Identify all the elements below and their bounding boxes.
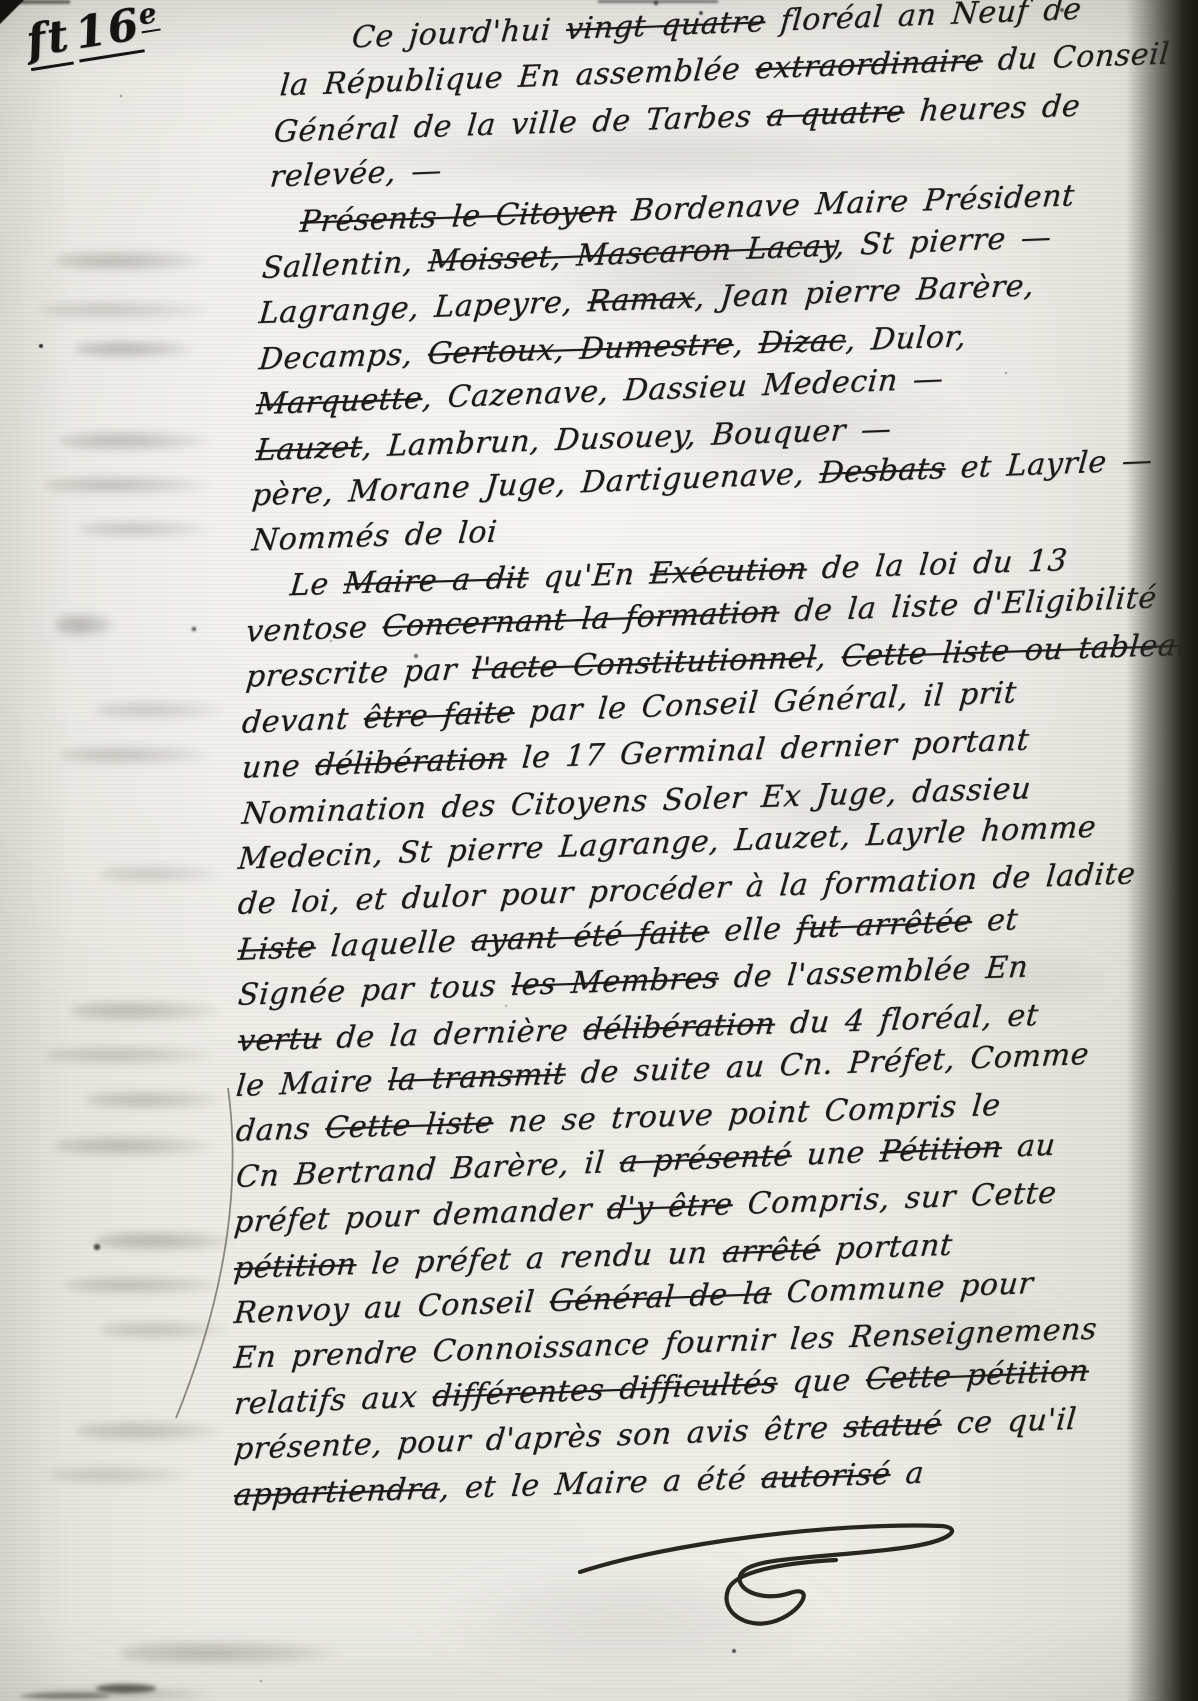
bleed-through-ghost [80,520,210,538]
scan-edge-mark [598,0,718,3]
text-segment: a [889,1455,926,1491]
struck-text: Lauzet [254,429,363,468]
text-segment: , [732,326,760,362]
text-segment: Renvoy au Conseil [233,1284,552,1331]
text-segment: Lagrange, Lapeyre, [257,285,589,332]
struck-text: pétition [232,1247,358,1286]
text-segment: une [240,748,316,786]
text-segment: , St pierre — [834,220,1053,264]
text-segment: Decamps, [257,336,429,377]
struck-text: Maire a dit [342,560,530,601]
text-segment: que [776,1362,867,1401]
text-segment: Commune pour [770,1266,1035,1311]
bleed-through-ghost [75,340,195,358]
text-segment: le Maire [235,1063,390,1104]
bleed-through-ghost [85,1090,225,1110]
text-segment: heures de [903,88,1082,129]
text-segment: au [1001,1127,1057,1164]
struck-text: les Membres [510,961,720,1004]
text-segment: relatifs aux [233,1379,435,1422]
bleed-through-ghost [55,250,205,272]
struck-text: Liste [237,930,318,968]
text-segment: Compris, sur Cette [731,1176,1058,1223]
struck-text: fut arrêtée [795,904,973,946]
text-segment: , Jean pierre Barère, [693,269,1035,316]
struck-text: la transmit [387,1056,568,1098]
struck-text: Marquette [255,381,424,422]
struck-text: délibération [582,1006,777,1047]
text-segment: elle [708,911,798,950]
text-segment: une [790,1134,881,1173]
text-segment: , [815,640,843,676]
bleed-through-ghost [100,1320,230,1340]
bleed-through-ghost [120,1640,340,1666]
struck-text: Pétition [879,1130,1004,1170]
text-segment: et [971,902,1020,939]
text-segment: portant [819,1227,954,1266]
struck-text: Présents le Citoyen [298,193,618,239]
text-segment: Nommés de loi [250,515,498,559]
bleed-through-ghost [45,475,210,495]
bleed-through-ghost [60,745,210,765]
bleed-through-ghost [50,1465,190,1485]
text-segment: Ce jourd'hui [350,12,567,56]
scan-edge-mark [96,1684,156,1693]
text-segment: de l'assemblée En [717,950,1029,996]
text-segment: Le [288,566,345,603]
text-segment: , et le Maire a été [438,1460,763,1506]
text-segment: prescrite par [244,652,473,695]
struck-text: Cette pétition [864,1353,1090,1397]
struck-text: vertu [236,1021,323,1059]
bleed-through-ghost [55,612,115,638]
struck-text: vingt quatre [565,4,767,47]
scan-edge-mark [20,1693,110,1699]
struck-text: Général de la [548,1276,773,1319]
struck-text: Desbats [818,451,947,491]
bleed-through-ghost [95,1230,235,1252]
text-segment: ventose [245,609,385,649]
struck-text: Dizac [757,323,847,361]
text-segment: qu'En [527,556,651,595]
book-gutter-shadow [1126,0,1198,1701]
bleed-through-ghost [65,1275,225,1295]
text-segment: laquelle [314,923,473,964]
text-segment: et Layrle — [944,443,1154,486]
bleed-through-ghost [55,1135,215,1157]
text-segment: devant [241,701,366,741]
bleed-through-ghost [60,430,210,452]
struck-text: être faite [362,695,516,736]
struck-text: délibération [314,741,508,783]
struck-text: ayant été faite [470,914,711,958]
smudge [420,1560,840,1680]
scan-edge-mark [0,0,70,4]
struck-text: Concernant la formation [381,595,781,645]
text-segment: , Dulor, [844,319,968,358]
struck-text: d'y être [606,1187,735,1227]
struck-text: a quatre [765,94,906,134]
bleed-through-ghost [95,700,225,720]
bleed-through-ghost [45,1045,215,1065]
bleed-through-ghost [75,1420,225,1442]
text-segment: floréal an Neuf de [764,0,1083,39]
text-block: Ce jourd'hui vingt quatre floréal an Neu… [234,20,1164,1518]
struck-text: Gertoux, Dumestre [426,327,735,372]
struck-text: arrêté [721,1232,822,1270]
text-segment: de la dernière [320,1012,585,1056]
struck-text: autorisé [760,1456,892,1495]
struck-text: statué [842,1407,943,1446]
ink-specks [0,0,2,2]
text-segment: ce qu'il [940,1402,1078,1442]
struck-text: extraordinaire [754,44,984,87]
text-segment: dans [234,1111,326,1149]
text-segment: de la liste d'Eligibilité [778,580,1158,629]
manuscript-page-scan: { "page": { "folio_prefix": "ft", "folio… [0,0,1198,1701]
bleed-through-ghost [40,300,210,320]
struck-text: différentes difficultés [431,1365,779,1414]
text-segment: relevée, — [269,153,444,195]
struck-text: appartiendra [232,1471,441,1513]
text-segment: Sallentin, [261,244,430,286]
struck-text: Cette liste [324,1105,495,1146]
text-segment: préfet pour demander [232,1192,608,1240]
struck-text: Exécution [648,551,808,591]
bleed-through-ghost [100,865,220,883]
struck-text: Ramax [586,281,696,320]
folio-digits: 16 [71,0,144,62]
text-segment: Signée par tous [236,968,513,1013]
struck-text: a présenté [618,1138,793,1180]
bleed-through-ghost [70,1000,220,1022]
